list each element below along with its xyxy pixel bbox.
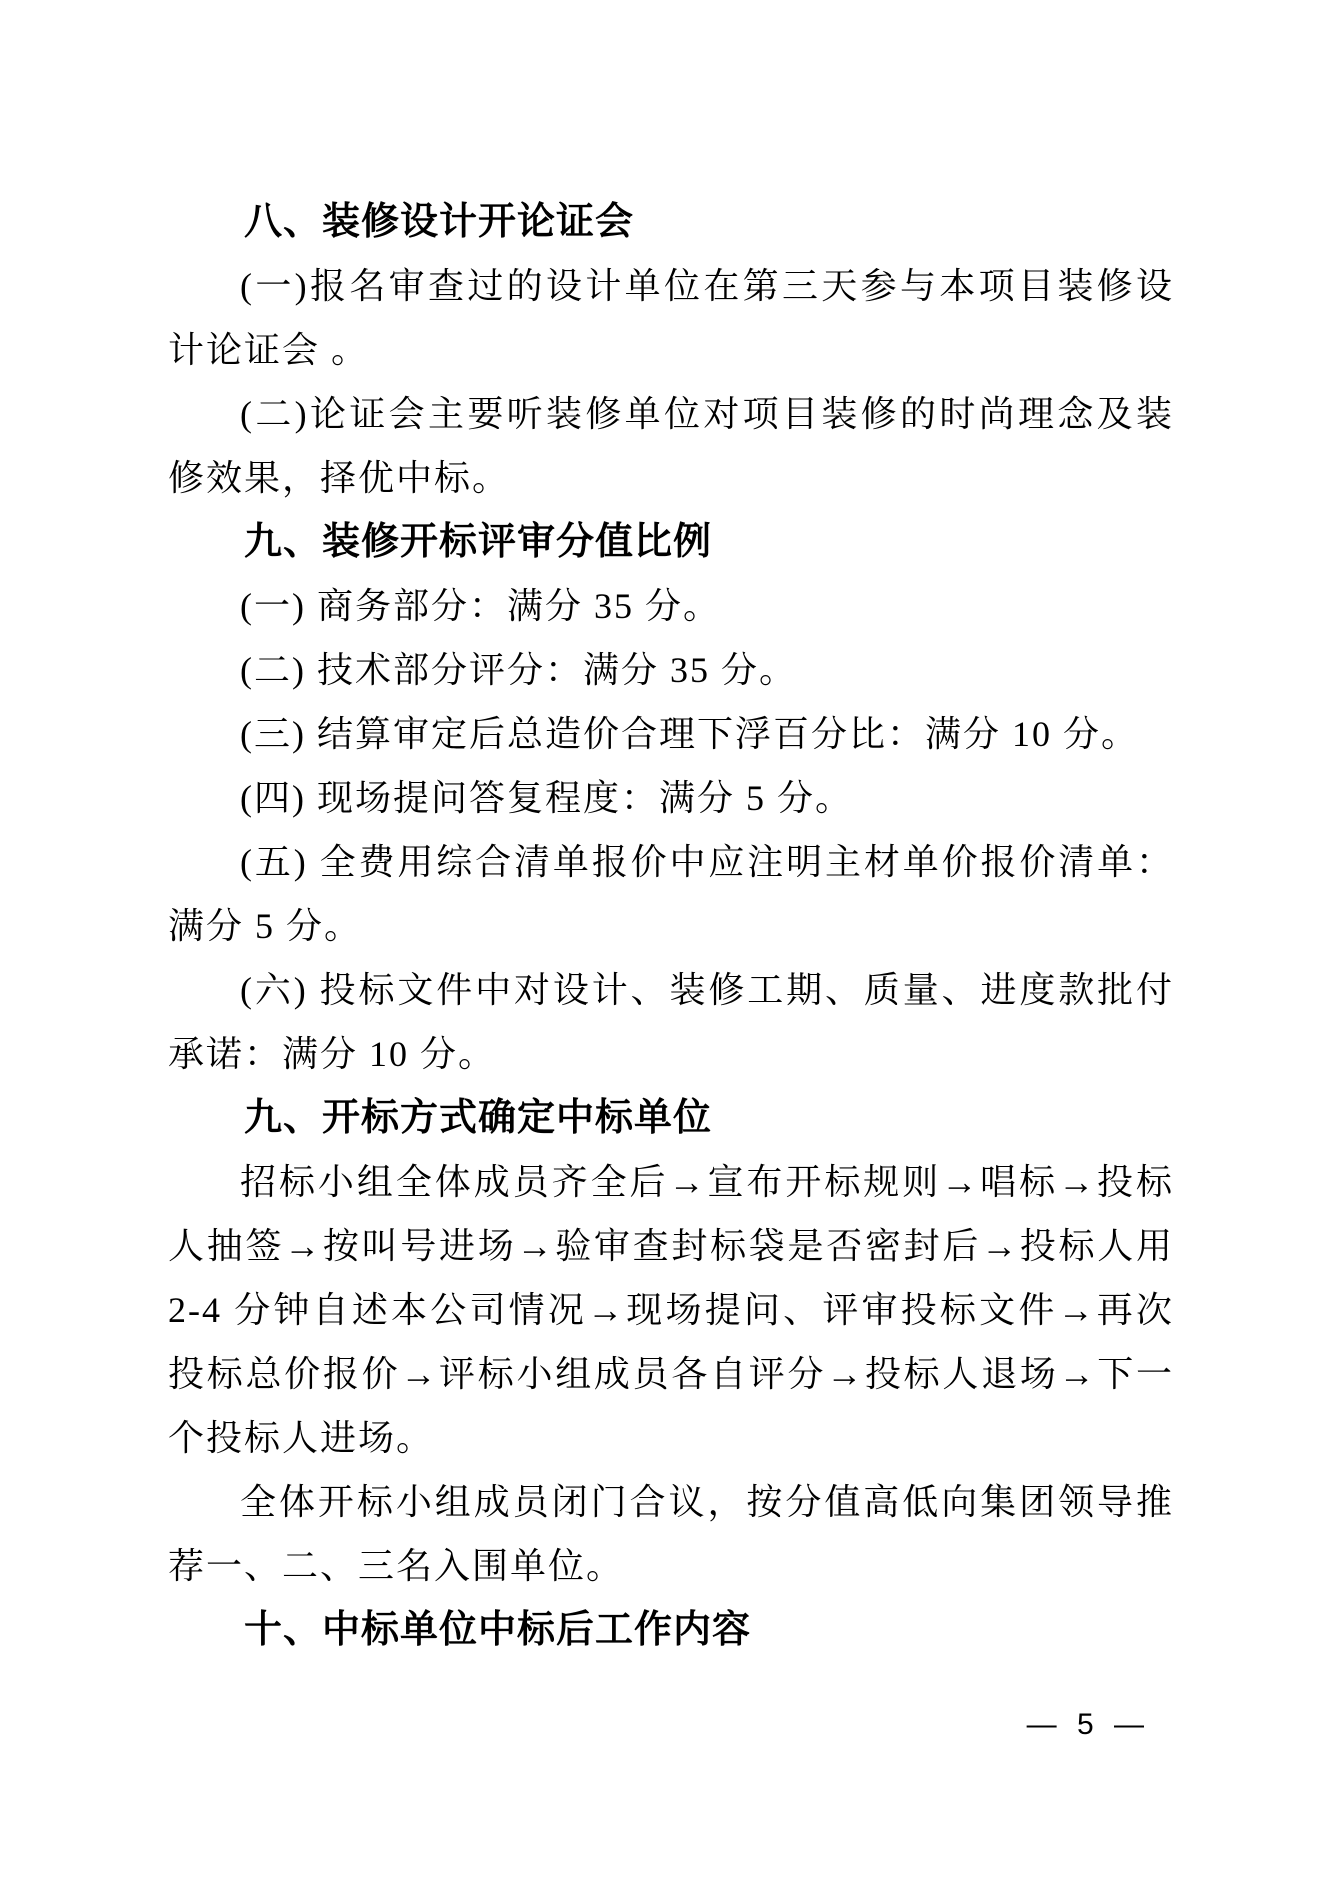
page-number: — 5 — <box>1027 1708 1150 1742</box>
paragraph-8-item-1: (一)报名审查过的设计单位在第三天参与本项目装修设计论证会 。 <box>168 254 1174 382</box>
score-item-4: (四) 现场提问答复程度：满分 5 分。 <box>168 766 1174 830</box>
heading-section-8-design-review-meeting: 八、装修设计开论证会 <box>168 190 1174 254</box>
document-page: 八、装修设计开论证会 (一)报名审查过的设计单位在第三天参与本项目装修设计论证会… <box>0 0 1337 1891</box>
document-body: 八、装修设计开论证会 (一)报名审查过的设计单位在第三天参与本项目装修设计论证会… <box>168 190 1174 1662</box>
score-item-5: (五) 全费用综合清单报价中应注明主材单价报价清单：满分 5 分。 <box>168 830 1174 958</box>
heading-section-9-bid-opening-method: 九、开标方式确定中标单位 <box>168 1086 1174 1150</box>
score-item-6: (六) 投标文件中对设计、装修工期、质量、进度款批付承诺：满分 10 分。 <box>168 958 1174 1086</box>
score-item-1: (一) 商务部分：满分 35 分。 <box>168 574 1174 638</box>
heading-section-9-score-ratio: 九、装修开标评审分值比例 <box>168 510 1174 574</box>
paragraph-8-item-2: (二)论证会主要听装修单位对项目装修的时尚理念及装修效果，择优中标。 <box>168 382 1174 510</box>
score-item-3: (三) 结算审定后总造价合理下浮百分比：满分 10 分。 <box>168 702 1174 766</box>
paragraph-final-selection: 全体开标小组成员闭门合议，按分值高低向集团领导推荐一、二、三名入围单位。 <box>168 1470 1174 1598</box>
paragraph-bid-opening-flow: 招标小组全体成员齐全后→宣布开标规则→唱标→投标人抽签→按叫号进场→验审查封标袋… <box>168 1150 1174 1470</box>
heading-section-10-post-award-work: 十、中标单位中标后工作内容 <box>168 1598 1174 1662</box>
score-item-2: (二) 技术部分评分：满分 35 分。 <box>168 638 1174 702</box>
